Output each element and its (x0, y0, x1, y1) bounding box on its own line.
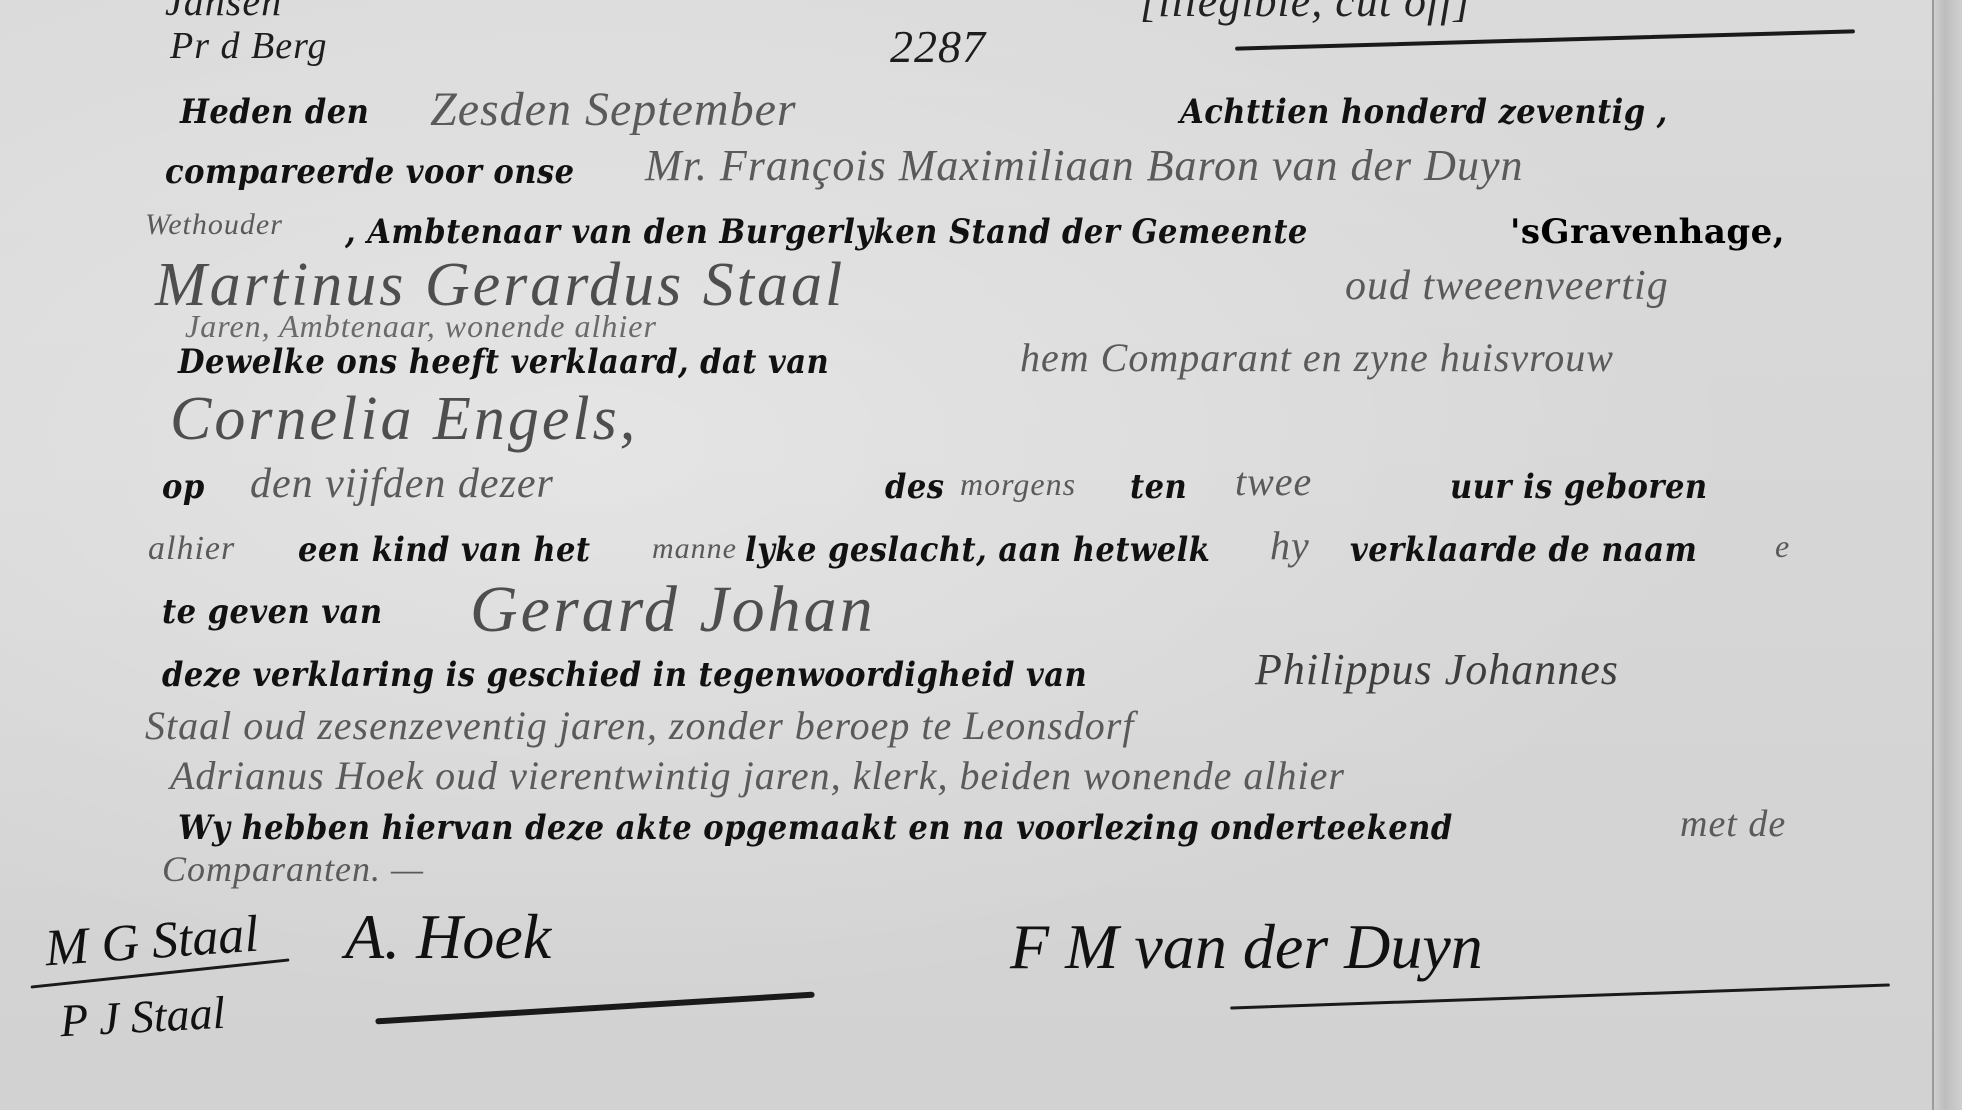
print-te-geven: te geven van (162, 592, 383, 632)
signature-right: F M van der Duyn (1010, 910, 1483, 984)
hand-sex: manne (652, 532, 737, 566)
record-number: 2287 (890, 20, 986, 73)
hand-witness2-details: Adrianus Hoek oud vierentwintig jaren, k… (170, 752, 1345, 799)
print-verklaring: deze verklaring is geschied in tegenwoor… (162, 655, 1087, 695)
header-underline (1235, 29, 1855, 50)
hand-official-name: Mr. François Maximiliaan Baron van der D… (645, 140, 1523, 191)
print-ten: ten (1130, 467, 1187, 507)
print-op: op (162, 467, 205, 507)
print-geslacht: lyke geslacht, aan hetwelk (745, 530, 1210, 570)
print-naam: verklaarde de naam (1350, 530, 1697, 570)
margin-note: Pr d Berg (170, 24, 327, 68)
hand-time-of-day: morgens (960, 466, 1076, 503)
signature-right-underline (1230, 983, 1890, 1009)
hand-place: alhier (148, 530, 235, 568)
print-compareerde: compareerde voor onse (165, 152, 575, 192)
print-ambtenaar: , Ambtenaar van den Burgerlyken Stand de… (345, 212, 1308, 252)
hand-mother-name: Cornelia Engels, (170, 384, 638, 455)
print-des: des (885, 467, 944, 507)
hand-comparanten: Comparanten. — (162, 848, 424, 890)
document-page: Jansen Pr d Berg 2287 [illegible, cut of… (0, 0, 1962, 1110)
page-edge (1932, 0, 1962, 1110)
hand-mother-relation: hem Comparant en zyne huisvrouw (1020, 334, 1614, 381)
hand-naam-suffix: e (1775, 528, 1790, 565)
print-wy-hebben: Wy hebben hiervan deze akte opgemaakt en… (178, 808, 1453, 848)
print-geboren: uur is geboren (1450, 467, 1708, 507)
hand-met-de: met de (1680, 802, 1786, 846)
print-dewelke: Dewelke ons heeft verklaard, dat van (178, 342, 829, 382)
hand-declarant-age: oud tweeenveertig (1345, 262, 1669, 310)
print-year: Achttien honderd zeventig , (1180, 92, 1668, 132)
hand-declarant-occupation: Jaren, Ambtenaar, wonende alhier (185, 308, 657, 345)
hand-hour: twee (1235, 458, 1312, 505)
line-heden: Heden den (180, 92, 390, 132)
hand-title: Wethouder (145, 208, 283, 242)
signature-middle: A. Hoek (345, 900, 551, 974)
header-cut-text: Jansen (165, 0, 282, 25)
hand-witness1-name: Philippus Johannes (1255, 644, 1619, 695)
signature-middle-underline (375, 992, 815, 1025)
hand-child-name: Gerard Johan (470, 572, 876, 648)
hand-pronoun: hy (1270, 522, 1310, 569)
hand-date: Zesden September (430, 82, 797, 137)
hand-witness1-details: Staal oud zesenzeventig jaren, zonder be… (145, 702, 1134, 749)
hand-birth-day: den vijfden dezer (250, 460, 554, 508)
signature-left-bottom: P J Staal (59, 986, 227, 1048)
header-right-cut: [illegible, cut off] (1140, 0, 1472, 27)
municipality: 'sGravenhage, (1510, 212, 1785, 252)
print-text: Heden den (180, 92, 369, 132)
print-kind: een kind van het (298, 530, 591, 570)
